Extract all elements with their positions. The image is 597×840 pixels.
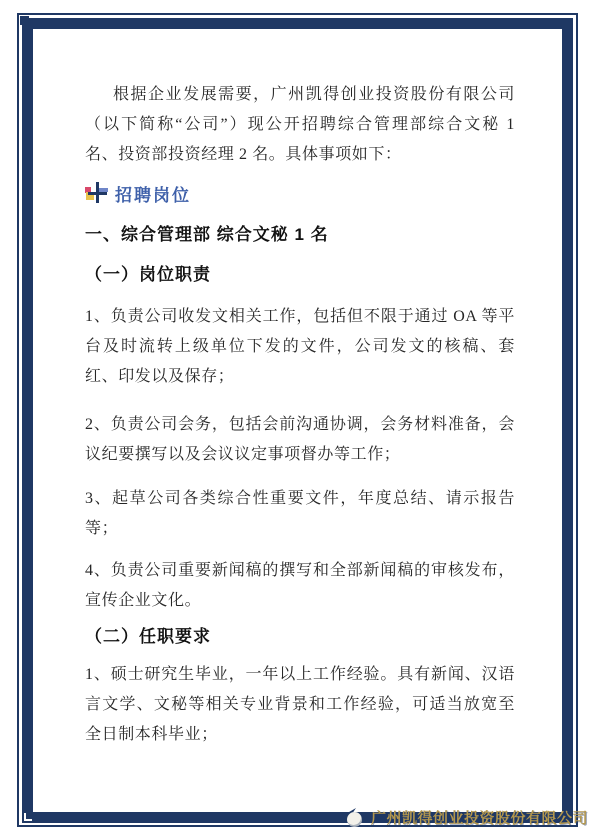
footer-company-name: 广州凯得创业投资股份有限公司 <box>371 807 588 828</box>
requirement-item-1: 1、硕士研究生毕业，一年以上工作经验。具有新闻、汉语言文学、文秘等相关专业背景和… <box>85 660 515 750</box>
border-corner-mark-top-left <box>20 16 29 25</box>
logo-circle-shape <box>347 812 362 827</box>
document-page: 根据企业发展需要，广州凯得创业投资股份有限公司（以下简称“公司”）现公开招聘综合… <box>0 0 597 840</box>
duties-heading: （一）岗位职责 <box>85 262 515 288</box>
duty-item-4: 4、负责公司重要新闻稿的撰写和全部新闻稿的审核发布，宣传企业文化。 <box>85 556 515 616</box>
section-label-row: 招聘岗位 <box>85 180 515 206</box>
duty-item-1: 1、负责公司收发文相关工作，包括但不限于通过 OA 等平台及时流转上级单位下发的… <box>85 302 515 392</box>
cross-bullet-icon <box>85 181 109 205</box>
intro-paragraph: 根据企业发展需要，广州凯得创业投资股份有限公司（以下简称“公司”）现公开招聘综合… <box>85 80 515 170</box>
duty-item-2: 2、负责公司会务，包括会前沟通协调，会务材料准备，会议纪要撰写以及会议议定事项督… <box>85 410 515 470</box>
section-label: 招聘岗位 <box>115 181 191 206</box>
requirements-heading: （二）任职要求 <box>85 624 515 650</box>
footer-brand: 广州凯得创业投资股份有限公司 <box>344 806 588 828</box>
company-logo-icon <box>344 806 366 828</box>
document-content: 根据企业发展需要，广州凯得创业投资股份有限公司（以下简称“公司”）现公开招聘综合… <box>85 33 515 768</box>
position-heading: 一、综合管理部 综合文秘 1 名 <box>85 222 515 248</box>
bullet-horizontal-bar <box>88 192 107 195</box>
duty-item-3: 3、起草公司各类综合性重要文件，年度总结、请示报告等； <box>85 484 515 544</box>
border-corner-mark-bottom-left <box>24 813 32 821</box>
bullet-blue-bar <box>99 188 108 192</box>
